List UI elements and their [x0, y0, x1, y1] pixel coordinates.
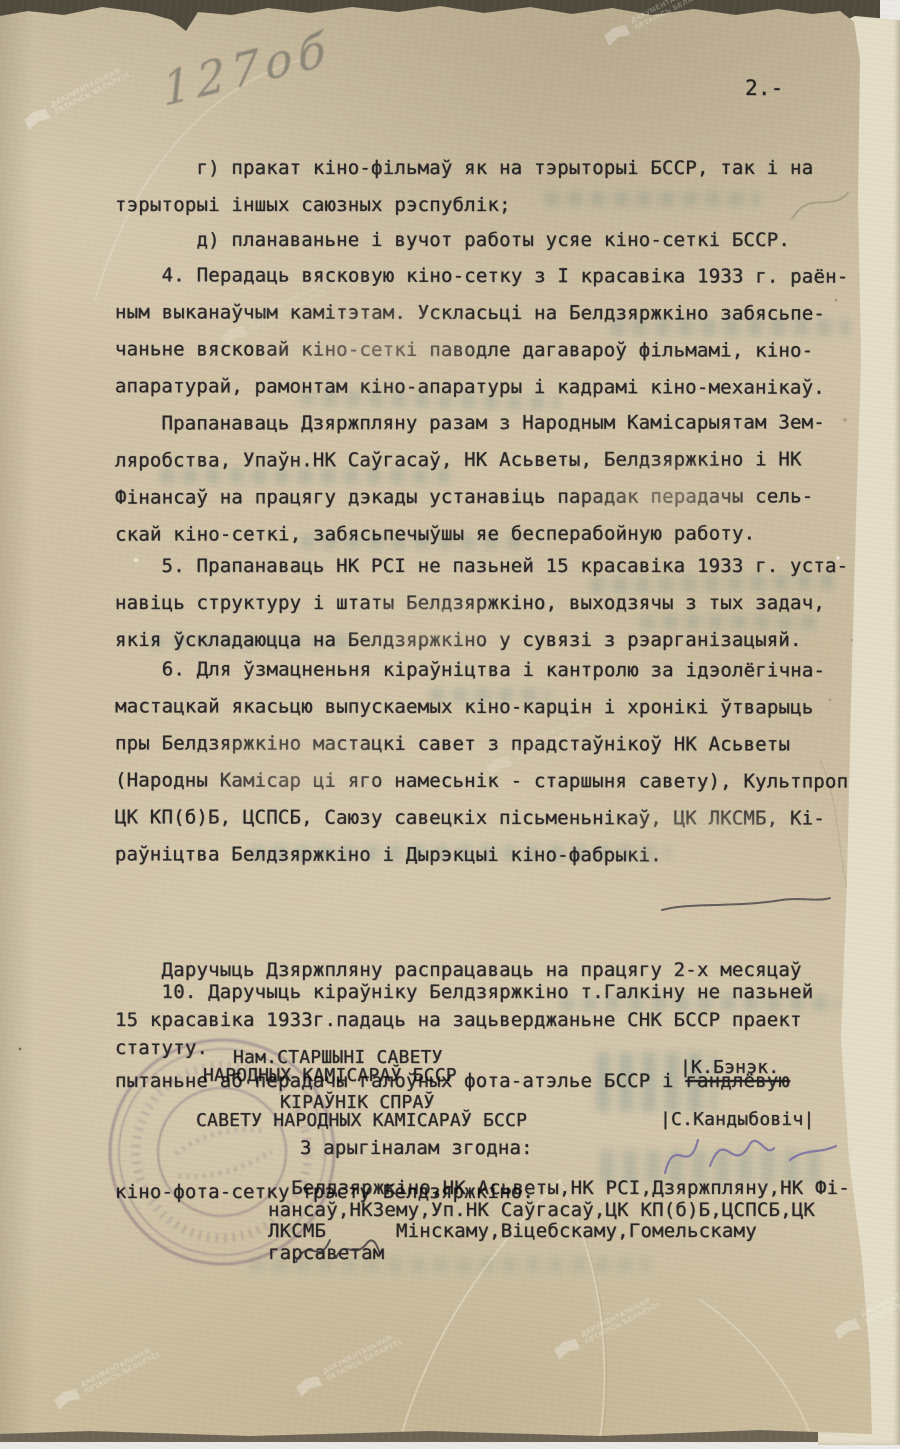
paragraph-dzyarzhplan: Прапанаваць Дзяржпляну разам з Народным … [115, 404, 825, 553]
signature-benek: |К.Бэнэк. [680, 1058, 779, 1078]
paragraph-g: г) пракат кіно-фільмаў як на тэрыторыі Б… [115, 150, 813, 224]
paragraph-5: 5. Прапанаваць НК РСІ не пазьней 15 крас… [115, 548, 848, 659]
document-page: 2.- 127об г) пракат кіно-фільмаў як на т… [0, 0, 880, 1440]
scanned-archive-document: 2.- 127об г) пракат кіно-фільмаў як на т… [0, 0, 900, 1449]
handwriting-overlay [290, 1228, 385, 1273]
pencil-scribble [790, 185, 860, 230]
signature-handwriting [640, 1118, 870, 1193]
paragraph-d: д) планаваньне і вучот работы усяе кіно-… [115, 222, 790, 259]
paragraph-4: 4. Перадаць вясковую кіно-сетку з I крас… [115, 257, 849, 407]
page-number: 2.- [745, 70, 784, 107]
paragraph-6: 6. Для ўзмацненьня кіраўніцтва і кантрол… [115, 651, 860, 874]
